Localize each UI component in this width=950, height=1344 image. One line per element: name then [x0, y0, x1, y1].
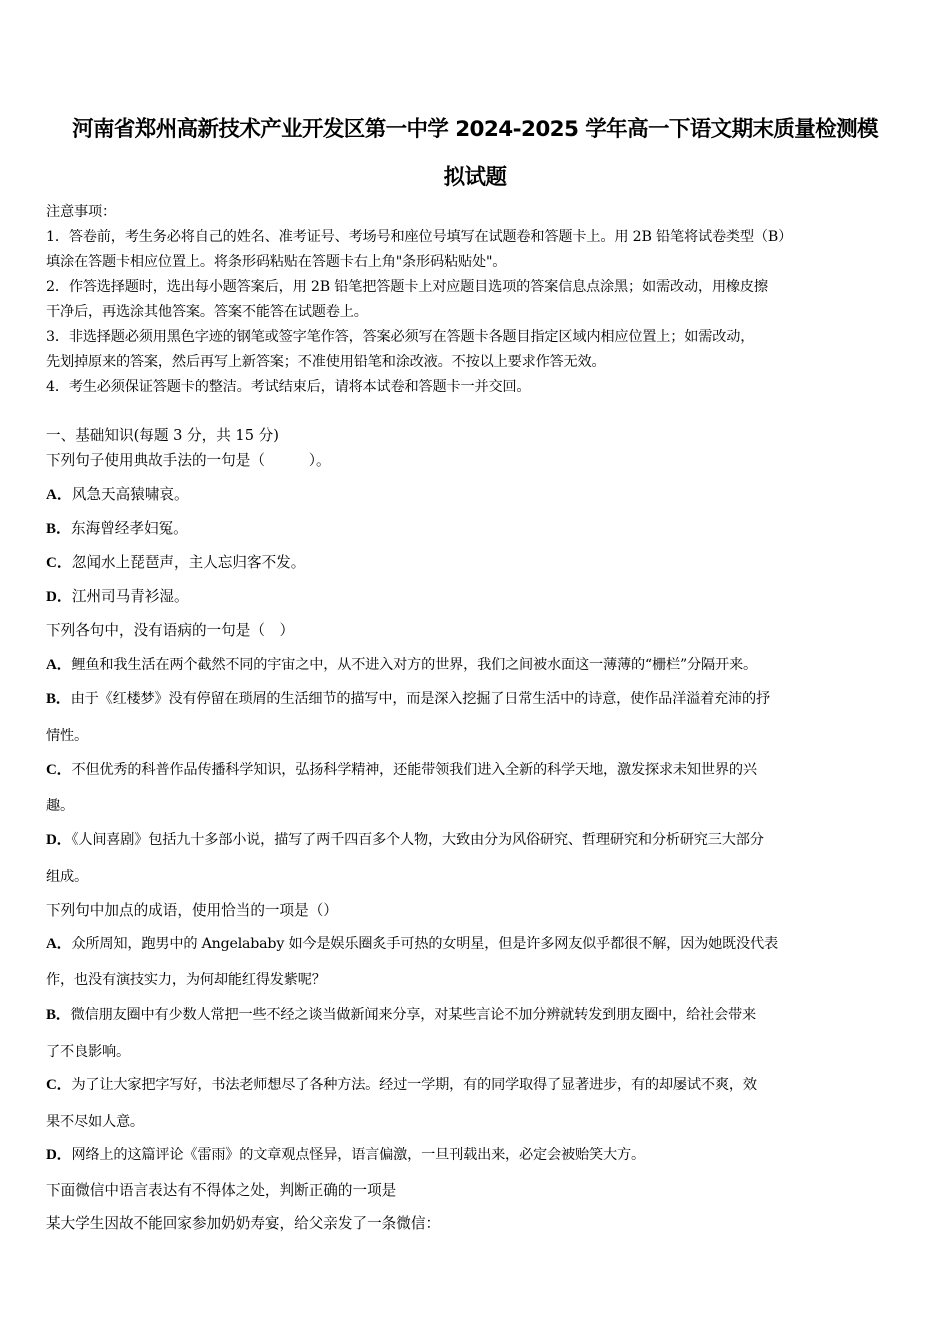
section-heading: 一、基础知识(每题 3 分，共 15 分) [46, 426, 279, 446]
notice-line-3: 2．作答选择题时，选出每小题答案后，用 2B 铅笔把答题卡上对应题目选项的答案信… [46, 277, 768, 297]
question-3-option-b-cont: 了不良影响。 [46, 1042, 130, 1062]
question-2-option-c-cont: 趣。 [46, 796, 74, 816]
question-3-option-a-cont: 作，也没有演技实力，为何却能红得发紫呢？ [46, 970, 326, 990]
question-3-option-b: B．微信朋友圈中有少数人常把一些不经之谈当做新闻来分享，对某些言论不加分辨就转发… [46, 1005, 756, 1025]
option-text: 《人间喜剧》包括九十多部小说，描写了两千四百多个人物，大致由分为风俗研究、哲理研… [71, 832, 763, 848]
option-letter: D． [46, 589, 72, 605]
option-text: 江州司马青衫湿。 [72, 588, 189, 605]
option-letter: D． [46, 832, 71, 848]
question-3-option-c: C．为了让大家把字写好，书法老师想尽了各种方法。经过一学期，有的同学取得了显著进… [46, 1075, 757, 1095]
question-4-stem: 下面微信中语言表达有不得体之处，判断正确的一项是 [46, 1181, 396, 1201]
question-1-stem: 下列句子使用典故手法的一句是（ ）。 [46, 451, 331, 471]
option-letter: A． [46, 487, 72, 503]
notice-line-6: 先划掉原来的答案，然后再写上新答案；不准使用铅笔和涂改液。不按以上要求作答无效。 [46, 352, 606, 372]
option-text: 风急天高猿啸哀。 [72, 486, 189, 503]
option-letter: C． [46, 555, 72, 571]
option-text: 为了让大家把字写好，书法老师想尽了各种方法。经过一学期，有的同学取得了显著进步，… [71, 1077, 756, 1093]
option-letter: B． [46, 521, 71, 537]
question-1-option-b: B．东海曾经孝妇冤。 [46, 519, 188, 539]
option-letter: C． [46, 1077, 71, 1093]
question-2-stem: 下列各句中，没有语病的一句是（ ） [46, 621, 294, 641]
notice-line-2: 填涂在答题卡相应位置上。将条形码粘贴在答题卡右上角"条形码粘贴处"。 [46, 252, 506, 272]
document-title-line-1: 河南省郑州高新技术产业开发区第一中学 2024-2025 学年高一下语文期末质量… [0, 112, 950, 143]
question-2-option-b: B．由于《红楼梦》没有停留在琐屑的生活细节的描写中，而是深入挖掘了日常生活中的诗… [46, 689, 770, 709]
notice-line-4: 干净后，再选涂其他答案。答案不能答在试题卷上。 [46, 302, 368, 322]
option-text: 众所周知，跑男中的 Angelababy 如今是娱乐圈炙手可热的女明星，但是许多… [71, 936, 778, 952]
question-3-option-c-cont: 果不尽如人意。 [46, 1112, 144, 1132]
question-2-option-b-cont: 情性。 [46, 726, 88, 746]
document-page: 河南省郑州高新技术产业开发区第一中学 2024-2025 学年高一下语文期末质量… [0, 0, 950, 1344]
option-letter: A． [46, 657, 71, 673]
option-letter: B． [46, 691, 71, 707]
option-letter: A． [46, 936, 71, 952]
notice-line-1: 1．答卷前，考生务必将自己的姓名、准考证号、考场号和座位号填写在试题卷和答题卡上… [46, 227, 792, 247]
option-text: 鲤鱼和我生活在两个截然不同的宇宙之中，从不进入对方的世界，我们之间被水面这一薄薄… [71, 657, 757, 673]
option-text: 不但优秀的科普作品传播科学知识，弘扬科学精神，还能带领我们进入全新的科学天地，激… [71, 762, 756, 778]
question-2-option-d-cont: 组成。 [46, 867, 88, 887]
question-2-option-a: A．鲤鱼和我生活在两个截然不同的宇宙之中，从不进入对方的世界，我们之间被水面这一… [46, 655, 757, 675]
option-letter: B． [46, 1007, 71, 1023]
notice-line-7: 4．考生必须保证答题卡的整洁。考试结束后，请将本试卷和答题卡一并交回。 [46, 377, 530, 397]
question-3-option-d: D．网络上的这篇评论《雷雨》的文章观点怪异，语言偏激，一旦刊载出来，必定会被贻笑… [46, 1145, 645, 1165]
question-3-stem: 下列句中加点的成语，使用恰当的一项是（） [46, 901, 338, 921]
question-3-option-a: A．众所周知，跑男中的 Angelababy 如今是娱乐圈炙手可热的女明星，但是… [46, 934, 778, 954]
option-text: 网络上的这篇评论《雷雨》的文章观点怪异，语言偏激，一旦刊载出来，必定会被贻笑大方… [71, 1147, 645, 1163]
question-2-option-d: D．《人间喜剧》包括九十多部小说，描写了两千四百多个人物，大致由分为风俗研究、哲… [46, 830, 764, 850]
question-1-option-a: A．风急天高猿啸哀。 [46, 485, 189, 505]
option-text: 由于《红楼梦》没有停留在琐屑的生活细节的描写中，而是深入挖掘了日常生活中的诗意，… [71, 691, 770, 707]
notice-line-5: 3．非选择题必须用黑色字迹的钢笔或签字笔作答，答案必须写在答题卡各题目指定区域内… [46, 327, 754, 347]
option-text: 东海曾经孝妇冤。 [71, 520, 188, 537]
option-text: 微信朋友圈中有少数人常把一些不经之谈当做新闻来分享，对某些言论不加分辨就转发到朋… [71, 1007, 756, 1023]
question-1-option-d: D．江州司马青衫湿。 [46, 587, 189, 607]
option-letter: D． [46, 1147, 71, 1163]
notice-heading: 注意事项： [46, 202, 116, 222]
question-4-context: 某大学生因故不能回家参加奶奶寿宴，给父亲发了一条微信： [46, 1214, 440, 1234]
option-letter: C． [46, 762, 71, 778]
question-2-option-c: C．不但优秀的科普作品传播科学知识，弘扬科学精神，还能带领我们进入全新的科学天地… [46, 760, 757, 780]
option-text: 忽闻水上琵琶声，主人忘归客不发。 [72, 554, 306, 571]
question-1-option-c: C．忽闻水上琵琶声，主人忘归客不发。 [46, 553, 305, 573]
document-title-line-2: 拟试题 [0, 160, 950, 191]
